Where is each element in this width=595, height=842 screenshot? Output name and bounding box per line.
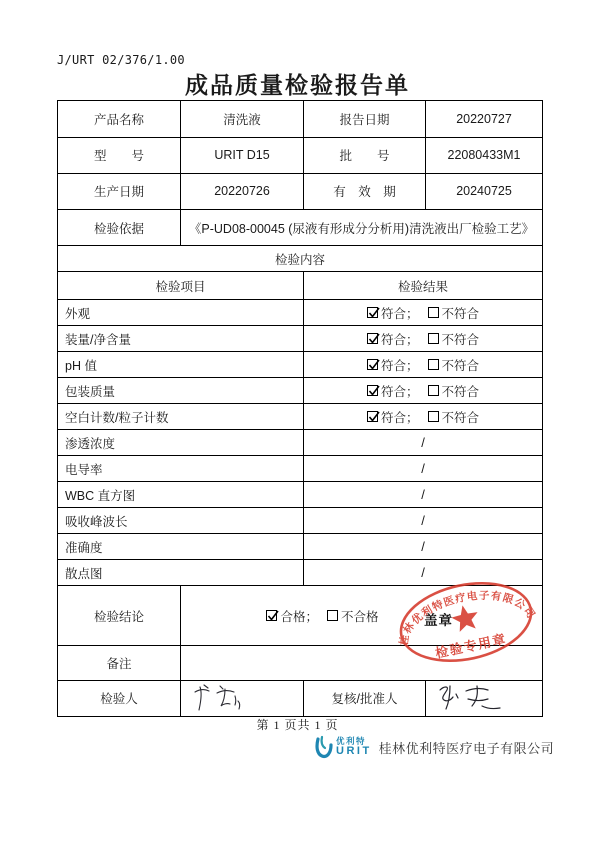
table-row: pH 值 符合；不符合 — [58, 352, 542, 378]
reviewer-signature — [426, 681, 542, 716]
column-header-result: 检验结果 — [304, 272, 542, 299]
checkbox-unchecked-icon[interactable] — [428, 359, 439, 370]
stamp-placeholder-label: 盖章 — [424, 609, 453, 629]
checkbox-checked-icon[interactable] — [367, 411, 378, 422]
production-date-label: 生产日期 — [58, 174, 181, 210]
item-result: / — [304, 430, 542, 455]
item-name: 装量/净含量 — [58, 326, 304, 351]
pass-label: 符合 — [381, 382, 406, 400]
table-row: 装量/净含量 符合；不符合 — [58, 326, 542, 352]
table-row: 生产日期 20220726 有 效 期 20240725 — [58, 174, 542, 211]
pass-label: 合格 — [280, 607, 305, 625]
inspector-signature-icon — [193, 683, 251, 713]
checkbox-checked-icon[interactable] — [266, 610, 277, 621]
company-logo: 优利特 URIT 桂林优利特医疗电子有限公司 — [314, 735, 554, 759]
separator: ； — [406, 330, 419, 348]
table-row: 电导率 / — [58, 456, 542, 482]
pass-label: 符合 — [381, 304, 406, 322]
table-row: 渗透浓度 / — [58, 430, 542, 456]
conclusion-label: 检验结论 — [58, 586, 181, 645]
table-row: WBC 直方图 / — [58, 482, 542, 508]
reviewer-label: 复核/批准人 — [304, 681, 426, 716]
pass-label: 符合 — [381, 330, 406, 348]
checkbox-checked-icon[interactable] — [367, 307, 378, 318]
separator: ； — [406, 408, 419, 426]
seal-star-icon — [449, 603, 480, 633]
item-result: / — [304, 534, 542, 559]
report-date-label: 报告日期 — [304, 101, 426, 137]
report-date-value: 20220727 — [426, 101, 542, 137]
item-name: 包装质量 — [58, 378, 304, 403]
model-value: URIT D15 — [181, 138, 304, 173]
item-result: 符合；不符合 — [304, 404, 542, 429]
item-name: 电导率 — [58, 456, 304, 481]
item-result: 符合；不符合 — [304, 352, 542, 377]
checkbox-unchecked-icon[interactable] — [428, 333, 439, 344]
fail-label: 不符合 — [442, 330, 480, 348]
checkbox-unchecked-icon[interactable] — [327, 610, 338, 621]
item-name: 空白计数/粒子计数 — [58, 404, 304, 429]
product-name-value: 清洗液 — [181, 101, 304, 137]
item-result: / — [304, 508, 542, 533]
checkbox-unchecked-icon[interactable] — [428, 307, 439, 318]
production-date-value: 20220726 — [181, 174, 304, 210]
item-result: 符合；不符合 — [304, 378, 542, 403]
table-row: 检验内容 — [58, 246, 542, 272]
item-name: WBC 直方图 — [58, 482, 304, 507]
batch-value: 22080433M1 — [426, 138, 542, 173]
expiry-date-value: 20240725 — [426, 174, 542, 210]
checkbox-unchecked-icon[interactable] — [428, 385, 439, 396]
seal-title-text: 检验专用章 — [434, 631, 508, 661]
item-result: / — [304, 482, 542, 507]
item-result: 符合；不符合 — [304, 326, 542, 351]
table-row: 准确度 / — [58, 534, 542, 560]
fail-label: 不符合 — [442, 408, 480, 426]
table-row: 检验人 复核/批准人 — [58, 681, 542, 716]
pass-label: 符合 — [381, 356, 406, 374]
fail-label: 不符合 — [442, 356, 480, 374]
inspection-basis-value: 《P-UD08-00045 (尿液有形成分分析用)清洗液出厂检验工艺》 — [181, 210, 542, 245]
table-row: 外观 符合；不符合 — [58, 300, 542, 326]
expiry-date-label: 有 效 期 — [304, 174, 426, 210]
separator: ； — [305, 607, 318, 625]
page-number: 第 1 页共 1 页 — [0, 716, 595, 733]
inspector-label: 检验人 — [58, 681, 181, 716]
separator: ； — [406, 304, 419, 322]
batch-label: 批 号 — [304, 138, 426, 173]
reviewer-signature-icon — [434, 682, 504, 714]
table-row: 型 号 URIT D15 批 号 22080433M1 — [58, 138, 542, 174]
remarks-label: 备注 — [58, 646, 181, 680]
item-result: 符合；不符合 — [304, 300, 542, 325]
item-name: pH 值 — [58, 352, 304, 377]
page-title: 成品质量检验报告单 — [0, 67, 595, 100]
company-name: 桂林优利特医疗电子有限公司 — [379, 738, 555, 757]
table-row: 吸收峰波长 / — [58, 508, 542, 534]
document-code: J/URT 02/376/1.00 — [57, 53, 185, 67]
item-result: / — [304, 456, 542, 481]
section-header: 检验内容 — [58, 246, 542, 271]
checkbox-unchecked-icon[interactable] — [428, 411, 439, 422]
brand-english: URIT — [336, 746, 372, 757]
separator: ； — [406, 382, 419, 400]
column-header-item: 检验项目 — [58, 272, 304, 299]
item-name: 吸收峰波长 — [58, 508, 304, 533]
checkbox-checked-icon[interactable] — [367, 385, 378, 396]
checkbox-checked-icon[interactable] — [367, 333, 378, 344]
item-name: 准确度 — [58, 534, 304, 559]
pass-label: 符合 — [381, 408, 406, 426]
inspection-basis-label: 检验依据 — [58, 210, 181, 245]
inspection-seal-stamp: 桂林优利特医疗电子有限公司 检验专用章 — [389, 577, 543, 665]
inspector-signature — [181, 681, 304, 716]
table-row: 包装质量 符合；不符合 — [58, 378, 542, 404]
item-name: 散点图 — [58, 560, 304, 585]
table-row: 检验项目 检验结果 — [58, 272, 542, 300]
brand-chinese: 优利特 — [336, 737, 372, 746]
item-name: 渗透浓度 — [58, 430, 304, 455]
table-row: 检验依据 《P-UD08-00045 (尿液有形成分分析用)清洗液出厂检验工艺》 — [58, 210, 542, 246]
checkbox-checked-icon[interactable] — [367, 359, 378, 370]
model-label: 型 号 — [58, 138, 181, 173]
product-name-label: 产品名称 — [58, 101, 181, 137]
urit-logo-icon — [314, 735, 334, 759]
item-name: 外观 — [58, 300, 304, 325]
separator: ； — [406, 356, 419, 374]
fail-label: 不符合 — [442, 304, 480, 322]
table-row: 产品名称 清洗液 报告日期 20220727 — [58, 101, 542, 138]
fail-label: 不合格 — [341, 607, 379, 625]
table-row: 空白计数/粒子计数 符合；不符合 — [58, 404, 542, 430]
fail-label: 不符合 — [442, 382, 480, 400]
